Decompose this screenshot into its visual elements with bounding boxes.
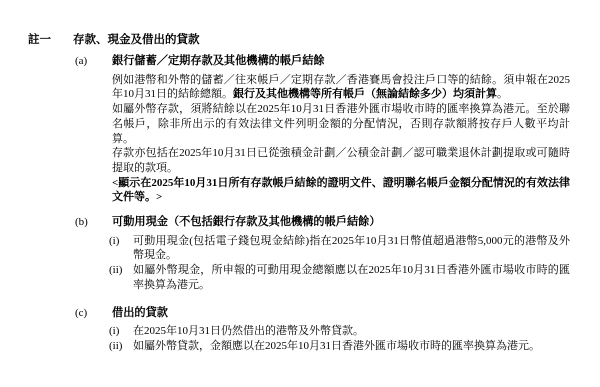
list-item-text: 如屬外幣貸款，金額應以在2025年10月31日香港外匯市場收市時的匯率換算為港元… [133,339,570,354]
section-c: (c) 借出的貸款 (i) 在2025年10月31日仍然借出的港幣及外幣貸款。 … [0,306,600,354]
list-item-marker: (ii) [109,339,133,354]
list-item: (ii) 如屬外幣貸款，金額應以在2025年10月31日香港外匯市場收市時的匯率… [109,339,570,354]
list-item: (i) 在2025年10月31日仍然借出的港幣及外幣貸款。 [109,324,570,339]
section-c-body: 借出的貸款 (i) 在2025年10月31日仍然借出的港幣及外幣貸款。 (ii)… [112,306,570,354]
list-item-marker: (i) [109,324,133,339]
section-b: (b) 可動用現金（不包括銀行存款及其他機構的帳戶結餘） (i) 可動用現金(包… [0,215,600,293]
section-c-marker: (c) [75,306,112,354]
paragraph-1-end: 。 [497,88,508,100]
section-a-paragraph-4: <顯示在2025年10月31日所有存款帳戶結餘的證明文件、證明聯名帳戶金額分配情… [112,176,570,205]
list-item: (ii) 如屬外幣現金，所申報的可動用現金總額應以在2025年10月31日香港外… [109,263,570,292]
list-item: (i) 可動用現金(包括電子錢包現金結餘)指在2025年10月31日幣值超過港幣… [109,234,570,263]
section-a-paragraph-1: 例如港幣和外幣的儲蓄／往來帳戶／定期存款／香港賽馬會投注戶口等的結餘。須申報在2… [112,73,570,102]
list-item-text: 在2025年10月31日仍然借出的港幣及外幣貸款。 [133,324,570,339]
list-item-marker: (ii) [109,263,133,292]
section-b-heading: 可動用現金（不包括銀行存款及其他機構的帳戶結餘） [112,215,570,230]
note-header: 註一 存款、現金及借出的貸款 [0,33,600,47]
paragraph-1-bold: 銀行及其他機構等所有帳戶（無論結餘多少）均須計算 [233,88,497,100]
section-a-paragraph-2: 如屬外幣存款，須將結餘以在2025年10月31日香港外匯市場收市時的匯率換算為港… [112,102,570,146]
list-item-marker: (i) [109,234,133,263]
list-item-text: 如屬外幣現金，所申報的可動用現金總額應以在2025年10月31日香港外匯市場收市… [133,263,570,292]
document-content: 註一 存款、現金及借出的貸款 (a) 銀行儲蓄／定期存款及其他機構的帳戶結餘 例… [0,33,600,354]
section-b-body: 可動用現金（不包括銀行存款及其他機構的帳戶結餘） (i) 可動用現金(包括電子錢… [112,215,570,293]
section-a-paragraph-3: 存款亦包括在2025年10月31日已從強積金計劃／公積金計劃／認可職業退休計劃提… [112,146,570,175]
note-title: 存款、現金及借出的貸款 [73,33,200,47]
document-page: 註一 存款、現金及借出的貸款 (a) 銀行儲蓄／定期存款及其他機構的帳戶結餘 例… [0,0,600,387]
section-a: (a) 銀行儲蓄／定期存款及其他機構的帳戶結餘 例如港幣和外幣的儲蓄／往來帳戶／… [0,54,600,205]
section-a-heading: 銀行儲蓄／定期存款及其他機構的帳戶結餘 [112,54,570,69]
note-label: 註一 [28,33,73,47]
section-b-marker: (b) [75,215,112,293]
list-item-text: 可動用現金(包括電子錢包現金結餘)指在2025年10月31日幣值超過港幣5,00… [133,234,570,263]
section-a-body: 銀行儲蓄／定期存款及其他機構的帳戶結餘 例如港幣和外幣的儲蓄／往來帳戶／定期存款… [112,54,570,205]
section-a-marker: (a) [75,54,112,205]
section-c-heading: 借出的貸款 [112,306,570,321]
